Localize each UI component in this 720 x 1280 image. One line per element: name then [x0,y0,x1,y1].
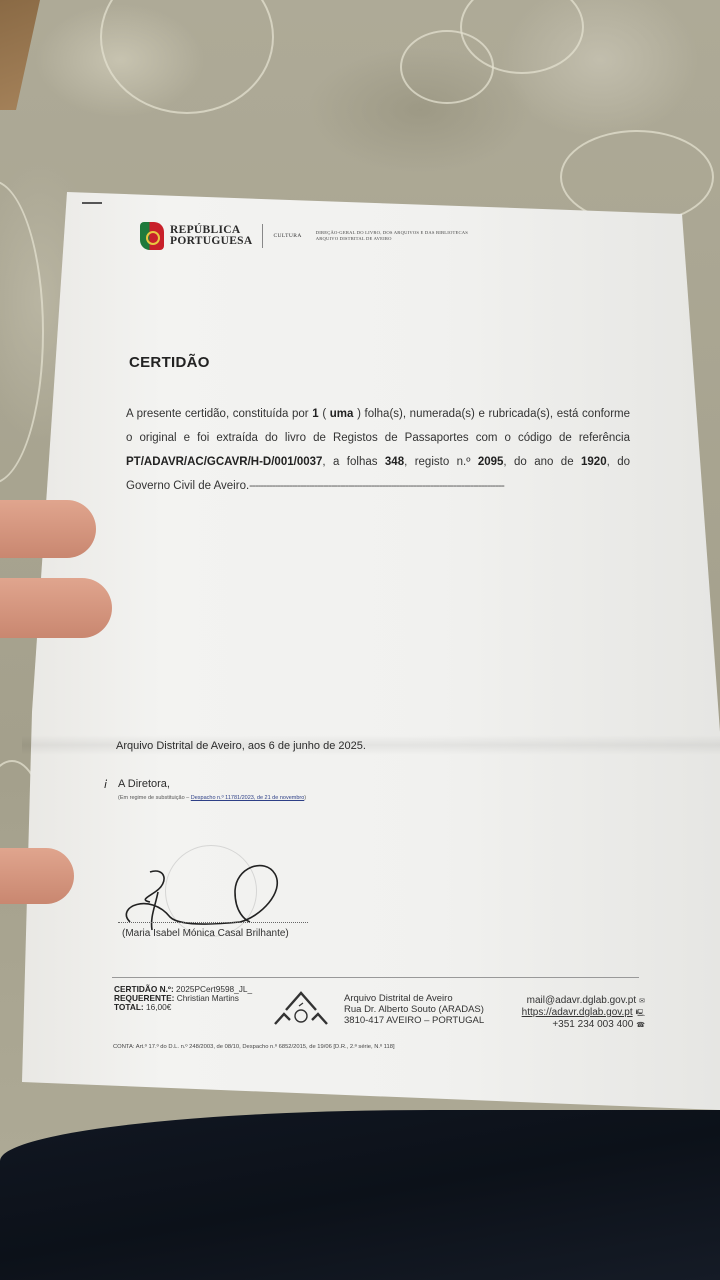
portugal-flag-icon [140,222,164,250]
thumb-top [0,500,96,558]
email-link[interactable]: mail@adavr.dglab.gov.pt [527,995,636,1006]
despacho-link[interactable]: Despacho n.º 11781/2023, de 21 de novemb… [191,795,305,801]
footer-divider [112,977,639,978]
substitution-note: (Em regime de substituição – Despacho n.… [118,795,306,801]
signatory-name: (Maria Isabel Mónica Casal Brilhante) [122,928,289,939]
archive-logo-icon [272,990,330,1026]
finger-bottom [0,848,74,904]
margin-mark [82,202,102,204]
dark-clothing-foreground [0,1110,720,1280]
place-and-date: Arquivo Distrital de Aveiro, aos 6 de ju… [116,740,366,752]
computer-icon: 🖳 [636,1010,645,1017]
telephone-icon: ☎ [636,1022,645,1029]
finger-middle [0,578,112,638]
republic-logo-text: REPÚBLICA PORTUGUESA [170,225,252,247]
legal-reference: CONTA: Art.º 17.º do D.L. n.º 248/2003, … [113,1044,395,1050]
republic-header: REPÚBLICA PORTUGUESA CULTURA DIREÇÃO-GER… [140,222,468,250]
certificate-meta: CERTIDÃO N.º: 2025PCert9598_JL_ REQUEREN… [114,985,252,1012]
archive-address: Arquivo Distrital de Aveiro Rua Dr. Albe… [344,993,484,1026]
website-link[interactable]: https://adavr.dglab.gov.pt [522,1007,633,1018]
document-title: CERTIDÃO [129,354,210,371]
phone-number: +351 234 003 400 [552,1019,633,1030]
envelope-icon: ✉ [639,998,645,1005]
ministry-label: CULTURA [273,233,301,239]
archive-contacts: mail@adavr.dglab.gov.pt✉ https://adavr.d… [505,995,645,1031]
director-label: A Diretora, [118,778,170,790]
department-name: DIREÇÃO-GERAL DO LIVRO, DOS ARQUIVOS E D… [316,230,468,242]
certificate-paper [22,192,720,1110]
header-divider [262,224,263,248]
person-icon: 𝘪 [104,778,107,791]
signature-line [118,922,308,923]
reference-code: PT/ADAVR/AC/GCAVR/H-D/001/0037 [126,456,322,468]
certificate-body: A presente certidão, constituída por 1 (… [126,402,630,498]
